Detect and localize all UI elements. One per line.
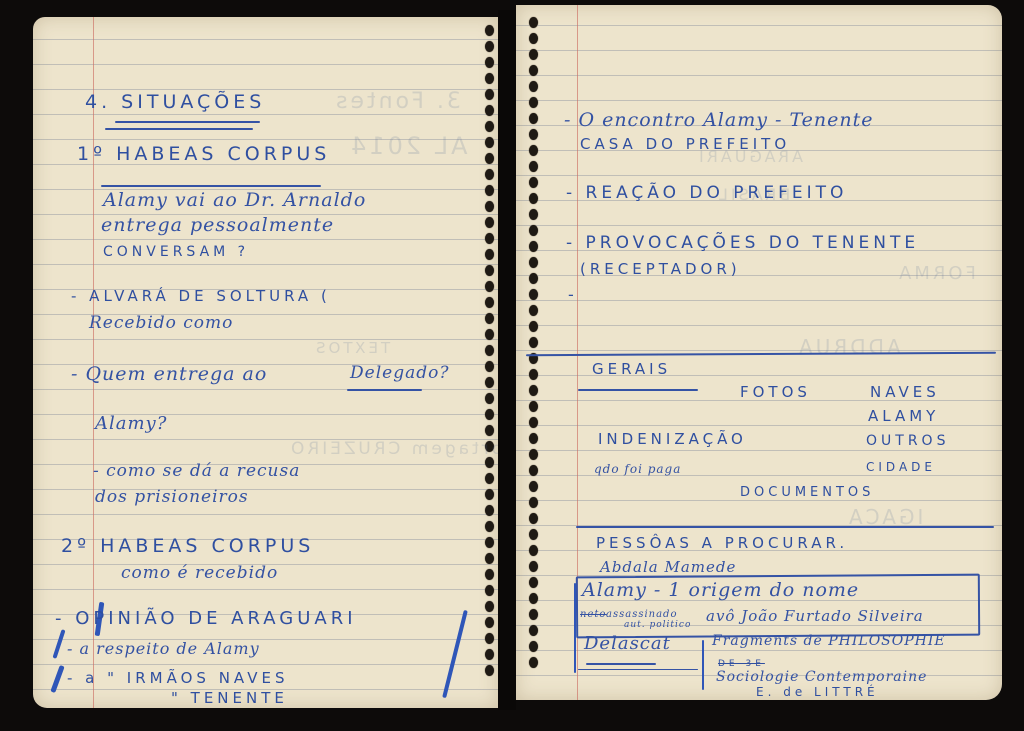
avo-line: avô João Furtado Silveira	[706, 607, 924, 625]
provocacoes-line: - PROVOCAÇÕES DO TENENTE	[566, 233, 919, 253]
bleed-through-text: 3. Fontes	[333, 89, 461, 114]
section-divider	[576, 526, 994, 528]
alvara-line: - ALVARÁ DE SOLTURA (	[71, 287, 331, 305]
como-line: - como se dá a recusa	[93, 461, 300, 481]
bleed-through-text: Reportagem CRUZEIRO	[288, 439, 498, 459]
item2-heading: 2º HABEAS CORPUS	[61, 535, 314, 557]
assassinado-note: assassinado	[606, 609, 677, 620]
indenizacao-label: INDENIZAÇÃO	[598, 430, 747, 448]
como-line: dos prisioneiros	[95, 487, 249, 507]
bleed-through-text: ADDRUA	[796, 335, 901, 359]
fragments-line: Fragments de PHILOSOPHIE	[712, 633, 946, 649]
struck-de: DE 3E	[718, 659, 765, 669]
notebook-left-page: 3. Fontes AL 2014 TEXTOS Reportagem CRUZ…	[33, 17, 498, 708]
littre-line: E. de LITTRÉ	[756, 685, 879, 699]
struck-word: neto	[580, 609, 606, 620]
opiniao-line: - a respeito de Alamy	[67, 639, 260, 658]
item1-line: entrega pessoalmente	[101, 214, 334, 236]
notebook-right-page: ARAGUARI BRASIL FORMA ADDRUA IGACA - O e…	[516, 5, 1002, 700]
pessoas-heading: PESSÔAS A PROCURAR.	[596, 534, 848, 552]
spiral-holes-right	[529, 17, 541, 700]
receptador-line: (RECEPTADOR)	[580, 260, 741, 278]
casa-prefeito-line: CASA DO PREFEITO	[580, 135, 790, 153]
section-divider	[526, 352, 996, 356]
bleed-through-text: FORMA	[896, 263, 976, 284]
opiniao-line: - a " IRMÃOS NAVES	[67, 669, 288, 687]
item2-sub: como é recebido	[121, 563, 278, 583]
aut-politico-note: aut. politico	[624, 620, 691, 630]
opiniao-line: " TENENTE	[171, 689, 288, 707]
sociologie-line: Sociologie Contemporaine	[716, 669, 927, 685]
bleed-through-text: TEXTOS	[313, 339, 390, 357]
item1-heading: 1º HABEAS CORPUS	[77, 143, 330, 165]
fotos-item: ALAMY	[868, 407, 939, 425]
empty-bullet: -	[568, 285, 576, 304]
reacao-line: - REAÇÃO DO PREFEITO	[566, 183, 847, 203]
notebook-spine-gutter	[498, 10, 516, 710]
fotos-item: NAVES	[870, 383, 940, 401]
section-heading: 4. SITUAÇÕES	[85, 91, 265, 113]
alamy-question: Alamy?	[95, 413, 167, 434]
gerais-heading: GERAIS	[592, 360, 671, 378]
delascat-name: Delascat	[584, 633, 671, 654]
alvara-line: Recebido como	[89, 313, 233, 333]
opiniao-heading: - OPINIÃO DE ARAGUARI	[55, 608, 357, 629]
fotos-label: FOTOS	[740, 383, 811, 401]
bleed-through-text: AL 2014	[348, 132, 468, 160]
fotos-item: CIDADE	[866, 460, 936, 474]
indenizacao-note: qdo foi paga	[594, 462, 681, 476]
spiral-holes-left	[485, 25, 497, 708]
pessoa-abdala: Abdala Mamede	[600, 558, 736, 576]
documentos-label: DOCUMENTOS	[740, 485, 874, 500]
quem-line: - Quem entrega ao	[71, 363, 267, 385]
delegado-underlined: Delegado?	[350, 363, 449, 383]
item1-line: Alamy vai ao Dr. Arnaldo	[103, 189, 366, 211]
encontro-line: - O encontro Alamy - Tenente	[564, 109, 873, 131]
fotos-item: OUTROS	[866, 433, 949, 449]
alamy-origem-line: Alamy - 1 origem do nome	[582, 579, 859, 601]
item1-line: CONVERSAM ?	[103, 244, 249, 260]
